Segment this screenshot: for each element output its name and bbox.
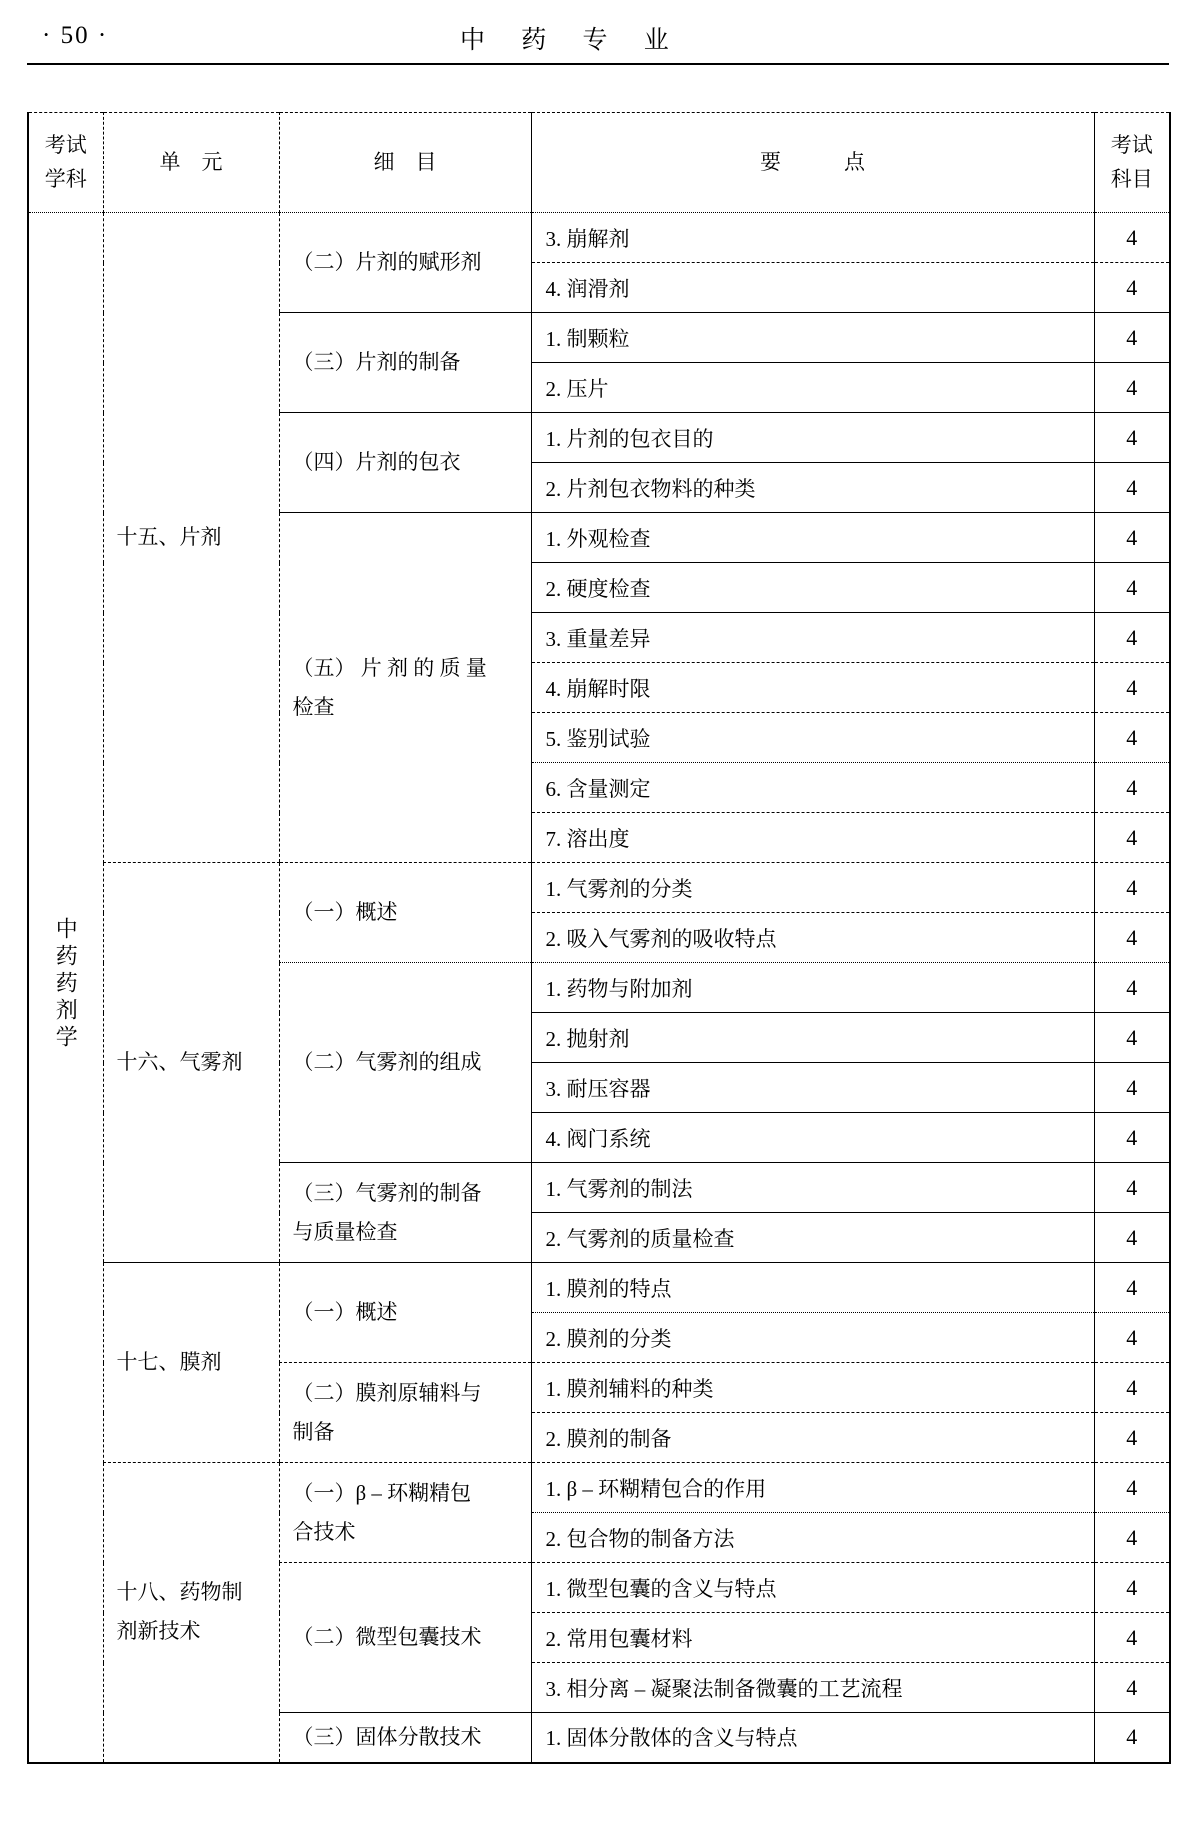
exam-number-cell: 4 — [1094, 1713, 1170, 1763]
exam-number-cell: 4 — [1094, 713, 1170, 763]
detail-cell: （二）膜剂原辅料与 制备 — [279, 1363, 531, 1463]
exam-number-cell: 4 — [1094, 1563, 1170, 1613]
header-rule — [27, 63, 1169, 65]
detail-cell: （一）概述 — [279, 1263, 531, 1363]
detail-cell: （四）片剂的包衣 — [279, 413, 531, 513]
point-cell: 2. 吸入气雾剂的吸收特点 — [531, 913, 1094, 963]
point-cell: 1. 气雾剂的分类 — [531, 863, 1094, 913]
exam-number-cell: 4 — [1094, 213, 1170, 263]
point-cell: 2. 气雾剂的质量检查 — [531, 1213, 1094, 1263]
exam-number-cell: 4 — [1094, 313, 1170, 363]
exam-number-cell: 4 — [1094, 1063, 1170, 1113]
point-cell: 1. 制颗粒 — [531, 313, 1094, 363]
point-cell: 3. 耐压容器 — [531, 1063, 1094, 1113]
exam-number-cell: 4 — [1094, 1363, 1170, 1413]
exam-number-cell: 4 — [1094, 1463, 1170, 1513]
exam-number-cell: 4 — [1094, 1663, 1170, 1713]
exam-number-cell: 4 — [1094, 1513, 1170, 1563]
point-cell: 1. 外观检查 — [531, 513, 1094, 563]
point-cell: 2. 压片 — [531, 363, 1094, 413]
point-cell: 4. 崩解时限 — [531, 663, 1094, 713]
point-cell: 4. 阀门系统 — [531, 1113, 1094, 1163]
syllabus-table: 考试 学科 单 元 细 目 要 点 考试 科目 中药药剂学十五、片剂（二）片剂的… — [27, 112, 1171, 1764]
table-header: 考试 学科 单 元 细 目 要 点 考试 科目 — [28, 113, 1170, 213]
point-cell: 1. 固体分散体的含义与特点 — [531, 1713, 1094, 1763]
unit-cell: 十六、气雾剂 — [103, 863, 279, 1263]
point-cell: 1. β – 环糊精包合的作用 — [531, 1463, 1094, 1513]
exam-number-cell: 4 — [1094, 263, 1170, 313]
exam-number-cell: 4 — [1094, 463, 1170, 513]
running-head-title: 中 药 专 业 — [460, 20, 684, 56]
point-cell: 2. 硬度检查 — [531, 563, 1094, 613]
point-cell: 2. 常用包囊材料 — [531, 1613, 1094, 1663]
point-cell: 3. 相分离 – 凝聚法制备微囊的工艺流程 — [531, 1663, 1094, 1713]
point-cell: 1. 膜剂的特点 — [531, 1263, 1094, 1313]
detail-cell: （三）气雾剂的制备 与质量检查 — [279, 1163, 531, 1263]
point-cell: 5. 鉴别试验 — [531, 713, 1094, 763]
detail-cell: （二）片剂的赋形剂 — [279, 213, 531, 313]
exam-number-cell: 4 — [1094, 1113, 1170, 1163]
exam-number-cell: 4 — [1094, 1613, 1170, 1663]
exam-number-cell: 4 — [1094, 1263, 1170, 1313]
point-cell: 2. 抛射剂 — [531, 1013, 1094, 1063]
exam-number-cell: 4 — [1094, 1413, 1170, 1463]
exam-number-cell: 4 — [1094, 913, 1170, 963]
header-exam-subject: 考试 学科 — [28, 113, 103, 213]
exam-number-cell: 4 — [1094, 363, 1170, 413]
point-cell: 4. 润滑剂 — [531, 263, 1094, 313]
table-body: 中药药剂学十五、片剂（二）片剂的赋形剂3. 崩解剂44. 润滑剂4（三）片剂的制… — [28, 213, 1170, 1763]
header-detail: 细 目 — [279, 113, 531, 213]
point-cell: 2. 膜剂的分类 — [531, 1313, 1094, 1363]
exam-number-cell: 4 — [1094, 1013, 1170, 1063]
point-cell: 1. 气雾剂的制法 — [531, 1163, 1094, 1213]
point-cell: 1. 膜剂辅料的种类 — [531, 1363, 1094, 1413]
exam-number-cell: 4 — [1094, 1163, 1170, 1213]
detail-cell: （三）片剂的制备 — [279, 313, 531, 413]
exam-number-cell: 4 — [1094, 1313, 1170, 1363]
exam-number-cell: 4 — [1094, 613, 1170, 663]
point-cell: 2. 膜剂的制备 — [531, 1413, 1094, 1463]
detail-cell: （一）概述 — [279, 863, 531, 963]
table-row: 十六、气雾剂（一）概述1. 气雾剂的分类4 — [28, 863, 1170, 913]
exam-number-cell: 4 — [1094, 413, 1170, 463]
point-cell: 1. 药物与附加剂 — [531, 963, 1094, 1013]
table-row: 十八、药物制 剂新技术（一）β – 环糊精包 合技术1. β – 环糊精包合的作… — [28, 1463, 1170, 1513]
point-cell: 1. 片剂的包衣目的 — [531, 413, 1094, 463]
exam-subject-cell: 中药药剂学 — [28, 213, 103, 1763]
table-header-row: 考试 学科 单 元 细 目 要 点 考试 科目 — [28, 113, 1170, 213]
point-cell: 2. 包合物的制备方法 — [531, 1513, 1094, 1563]
exam-number-cell: 4 — [1094, 663, 1170, 713]
detail-cell: （三）固体分散技术 — [279, 1713, 531, 1763]
point-cell: 6. 含量测定 — [531, 763, 1094, 813]
detail-cell: （五） 片 剂 的 质 量 检查 — [279, 513, 531, 863]
point-cell: 1. 微型包囊的含义与特点 — [531, 1563, 1094, 1613]
unit-cell: 十五、片剂 — [103, 213, 279, 863]
exam-number-cell: 4 — [1094, 863, 1170, 913]
unit-cell: 十八、药物制 剂新技术 — [103, 1463, 279, 1763]
exam-number-cell: 4 — [1094, 763, 1170, 813]
exam-number-cell: 4 — [1094, 963, 1170, 1013]
header-exam-number: 考试 科目 — [1094, 113, 1170, 213]
exam-subject-vertical-text: 中药药剂学 — [50, 917, 81, 1052]
point-cell: 2. 片剂包衣物料的种类 — [531, 463, 1094, 513]
header-point: 要 点 — [531, 113, 1094, 213]
exam-number-cell: 4 — [1094, 563, 1170, 613]
point-cell: 7. 溶出度 — [531, 813, 1094, 863]
exam-number-cell: 4 — [1094, 513, 1170, 563]
table-row: 十七、膜剂（一）概述1. 膜剂的特点4 — [28, 1263, 1170, 1313]
header-unit: 单 元 — [103, 113, 279, 213]
detail-cell: （二）微型包囊技术 — [279, 1563, 531, 1713]
table-row: 中药药剂学十五、片剂（二）片剂的赋形剂3. 崩解剂4 — [28, 213, 1170, 263]
document-page: · 50 · 中 药 专 业 考试 学科 单 元 细 目 要 点 考试 科目 中… — [0, 0, 1197, 1832]
unit-cell: 十七、膜剂 — [103, 1263, 279, 1463]
point-cell: 3. 重量差异 — [531, 613, 1094, 663]
detail-cell: （一）β – 环糊精包 合技术 — [279, 1463, 531, 1563]
page-number: · 50 · — [42, 22, 108, 50]
detail-cell: （二）气雾剂的组成 — [279, 963, 531, 1163]
exam-number-cell: 4 — [1094, 1213, 1170, 1263]
point-cell: 3. 崩解剂 — [531, 213, 1094, 263]
exam-number-cell: 4 — [1094, 813, 1170, 863]
